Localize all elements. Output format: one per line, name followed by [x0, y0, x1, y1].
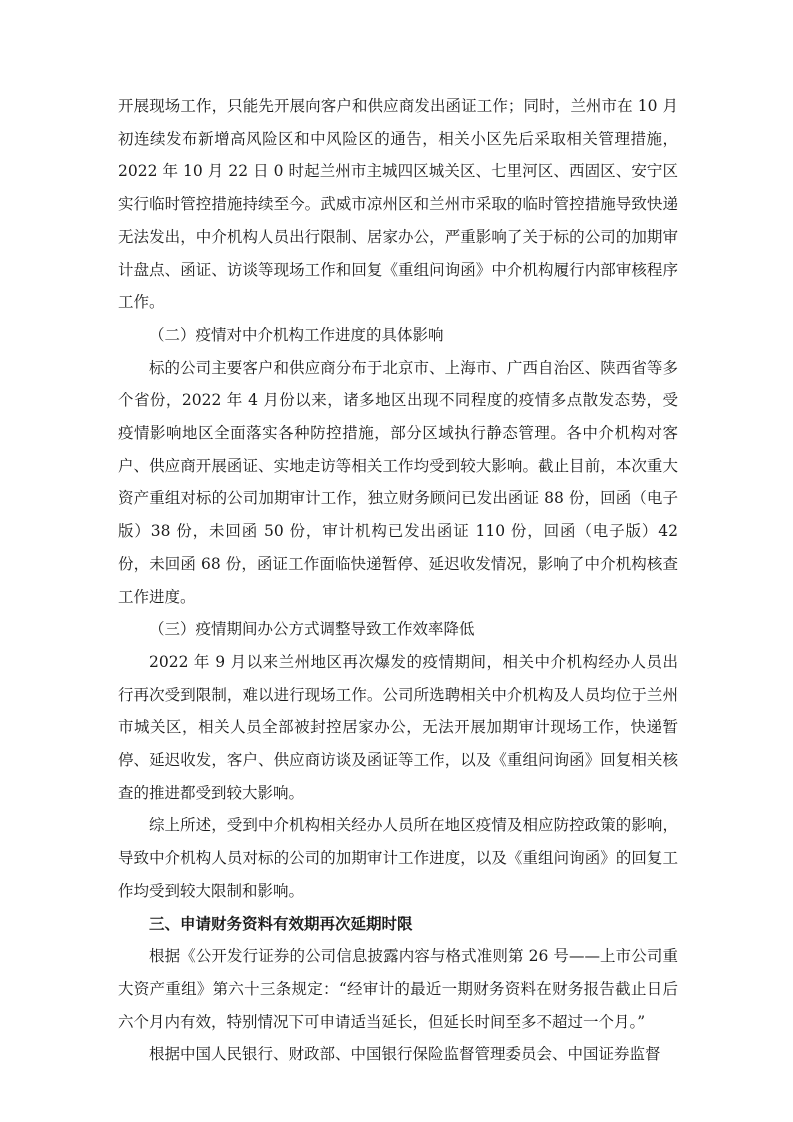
paragraph-summary: 综上所述，受到中介机构相关经办人员所在地区疫情及相应防控政策的影响，导致中介机构… — [118, 809, 678, 907]
subheading-work-efficiency: （三）疫情期间办公方式调整导致工作效率降低 — [118, 613, 678, 646]
paragraph-regulation-article-63: 根据《公开发行证券的公司信息披露内容与格式准则第 26 号——上市公司重大资产重… — [118, 940, 678, 1038]
paragraph-lanzhou-outbreak: 2022 年 9 月以来兰州地区再次爆发的疫情期间，相关中介机构经办人员出行再次… — [118, 646, 678, 810]
paragraph-regulators: 根据中国人民银行、财政部、中国银行保险监督管理委员会、中国证券监督 — [118, 1038, 678, 1071]
paragraph-covid-impact-continued: 开展现场工作，只能先开展向客户和供应商发出函证工作；同时，兰州市在 10 月初连… — [118, 90, 678, 319]
document-page: 开展现场工作，只能先开展向客户和供应商发出函证工作；同时，兰州市在 10 月初连… — [118, 90, 678, 1071]
paragraph-confirmation-letters: 标的公司主要客户和供应商分布于北京市、上海市、广西自治区、陕西省等多个省份，20… — [118, 352, 678, 614]
subheading-intermediary-progress: （二）疫情对中介机构工作进度的具体影响 — [118, 319, 678, 352]
section-heading-extension-request: 三、申请财务资料有效期再次延期时限 — [118, 908, 678, 941]
